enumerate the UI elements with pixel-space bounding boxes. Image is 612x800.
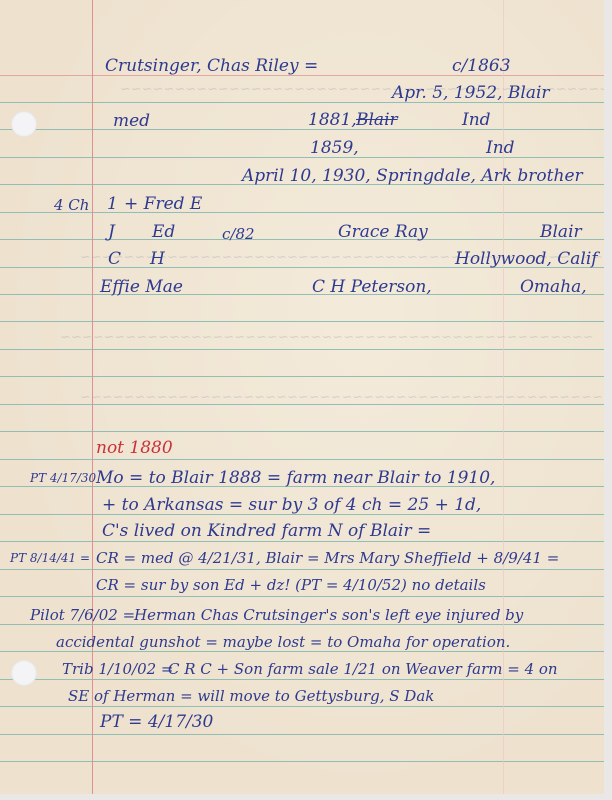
entry-line: Herman Chas Crutsinger's son's left eye … xyxy=(134,608,523,623)
rule-line xyxy=(0,431,604,432)
ruled-paper-page: ~~~~~~~~~~~~~~~~~~~~~~~~~~~~~~~~~~~~~~~~… xyxy=(0,0,604,794)
birth-date: c/1863 xyxy=(452,58,511,75)
red-correction-note: not 1880 xyxy=(96,440,173,457)
entry-line: CR = med @ 4/21/31, Blair = Mrs Mary She… xyxy=(96,551,559,566)
struck-place: Blair xyxy=(356,112,398,129)
rule-line xyxy=(0,734,604,735)
entry-line: accidental gunshot = maybe lost = to Oma… xyxy=(56,635,510,650)
child-note: c/82 xyxy=(222,227,255,242)
rule-line xyxy=(0,761,604,762)
spouse-birth-state: Ind xyxy=(486,140,515,157)
rule-line xyxy=(0,706,604,707)
rule-line xyxy=(0,212,604,213)
marriage-state: Ind xyxy=(462,112,491,129)
child-prefix: J xyxy=(108,224,115,241)
punch-hole xyxy=(11,660,37,686)
entry-source: Trib 1/10/02 = xyxy=(62,662,174,677)
marriage-label: med xyxy=(113,113,150,130)
rule-line xyxy=(0,294,604,295)
child-place: Omaha, xyxy=(520,279,587,296)
rule-line xyxy=(0,624,604,625)
entry-line: SE of Herman = will move to Gettysburg, … xyxy=(68,689,434,704)
child-name: Ed xyxy=(152,224,175,241)
rule-line xyxy=(0,349,604,350)
spouse-death: April 10, 1930, Springdale, Ark brother xyxy=(242,168,583,185)
rule-line xyxy=(0,129,604,130)
rule-line xyxy=(0,541,604,542)
rule-line xyxy=(0,679,604,680)
entry-source: PT 8/14/41 = xyxy=(10,552,90,564)
subject-name: Crutsinger, Chas Riley = xyxy=(105,58,318,75)
rule-line xyxy=(0,459,604,460)
spouse-birth-year: 1859, xyxy=(310,140,359,157)
child-spouse: C H Peterson, xyxy=(312,279,432,296)
entry-source: Pilot 7/6/02 = xyxy=(30,608,135,623)
child-prefix: C xyxy=(108,251,121,268)
entry-line: Mo = to Blair 1888 = farm near Blair to … xyxy=(96,470,495,487)
child-name: + Fred E xyxy=(124,196,202,213)
child-name: Effie Mae xyxy=(100,279,183,296)
child-name: H xyxy=(150,251,165,268)
child-spouse: Grace Ray xyxy=(338,224,428,241)
bleed-through-text: ~~~~~~~~~~~~~~~~~~~~~~~~~~~~~~~~~~~~~~~~… xyxy=(80,390,603,405)
marriage-year: 1881, xyxy=(308,112,357,129)
child-prefix: 1 xyxy=(107,196,118,213)
children-count-label: 4 Ch xyxy=(54,198,89,213)
bleed-through-text: ~~~~~~~~~~~~~~~~~~~~~~~~~~~~~~~~~~~~~~~~… xyxy=(60,330,594,345)
entry-line: + to Arkansas = sur by 3 of 4 ch = 25 + … xyxy=(102,497,481,514)
punch-hole xyxy=(11,111,37,137)
rule-line xyxy=(0,321,604,322)
rule-line xyxy=(0,569,604,570)
entry-line: C R C + Son farm sale 1/21 on Weaver far… xyxy=(168,662,558,677)
child-place: Hollywood, Calif xyxy=(455,251,598,268)
footer-source-note: PT = 4/17/30 xyxy=(100,714,213,731)
rule-line xyxy=(0,651,604,652)
death-date-place: Apr. 5, 1952, Blair xyxy=(392,85,550,102)
entry-line: C's lived on Kindred farm N of Blair = xyxy=(102,523,431,540)
child-place: Blair xyxy=(540,224,582,241)
entry-source: PT 4/17/30 xyxy=(30,472,96,484)
entry-line: CR = sur by son Ed + dz! (PT = 4/10/52) … xyxy=(96,578,486,593)
rule-line xyxy=(0,376,604,377)
rule-line xyxy=(0,239,604,240)
rule-line xyxy=(0,596,604,597)
